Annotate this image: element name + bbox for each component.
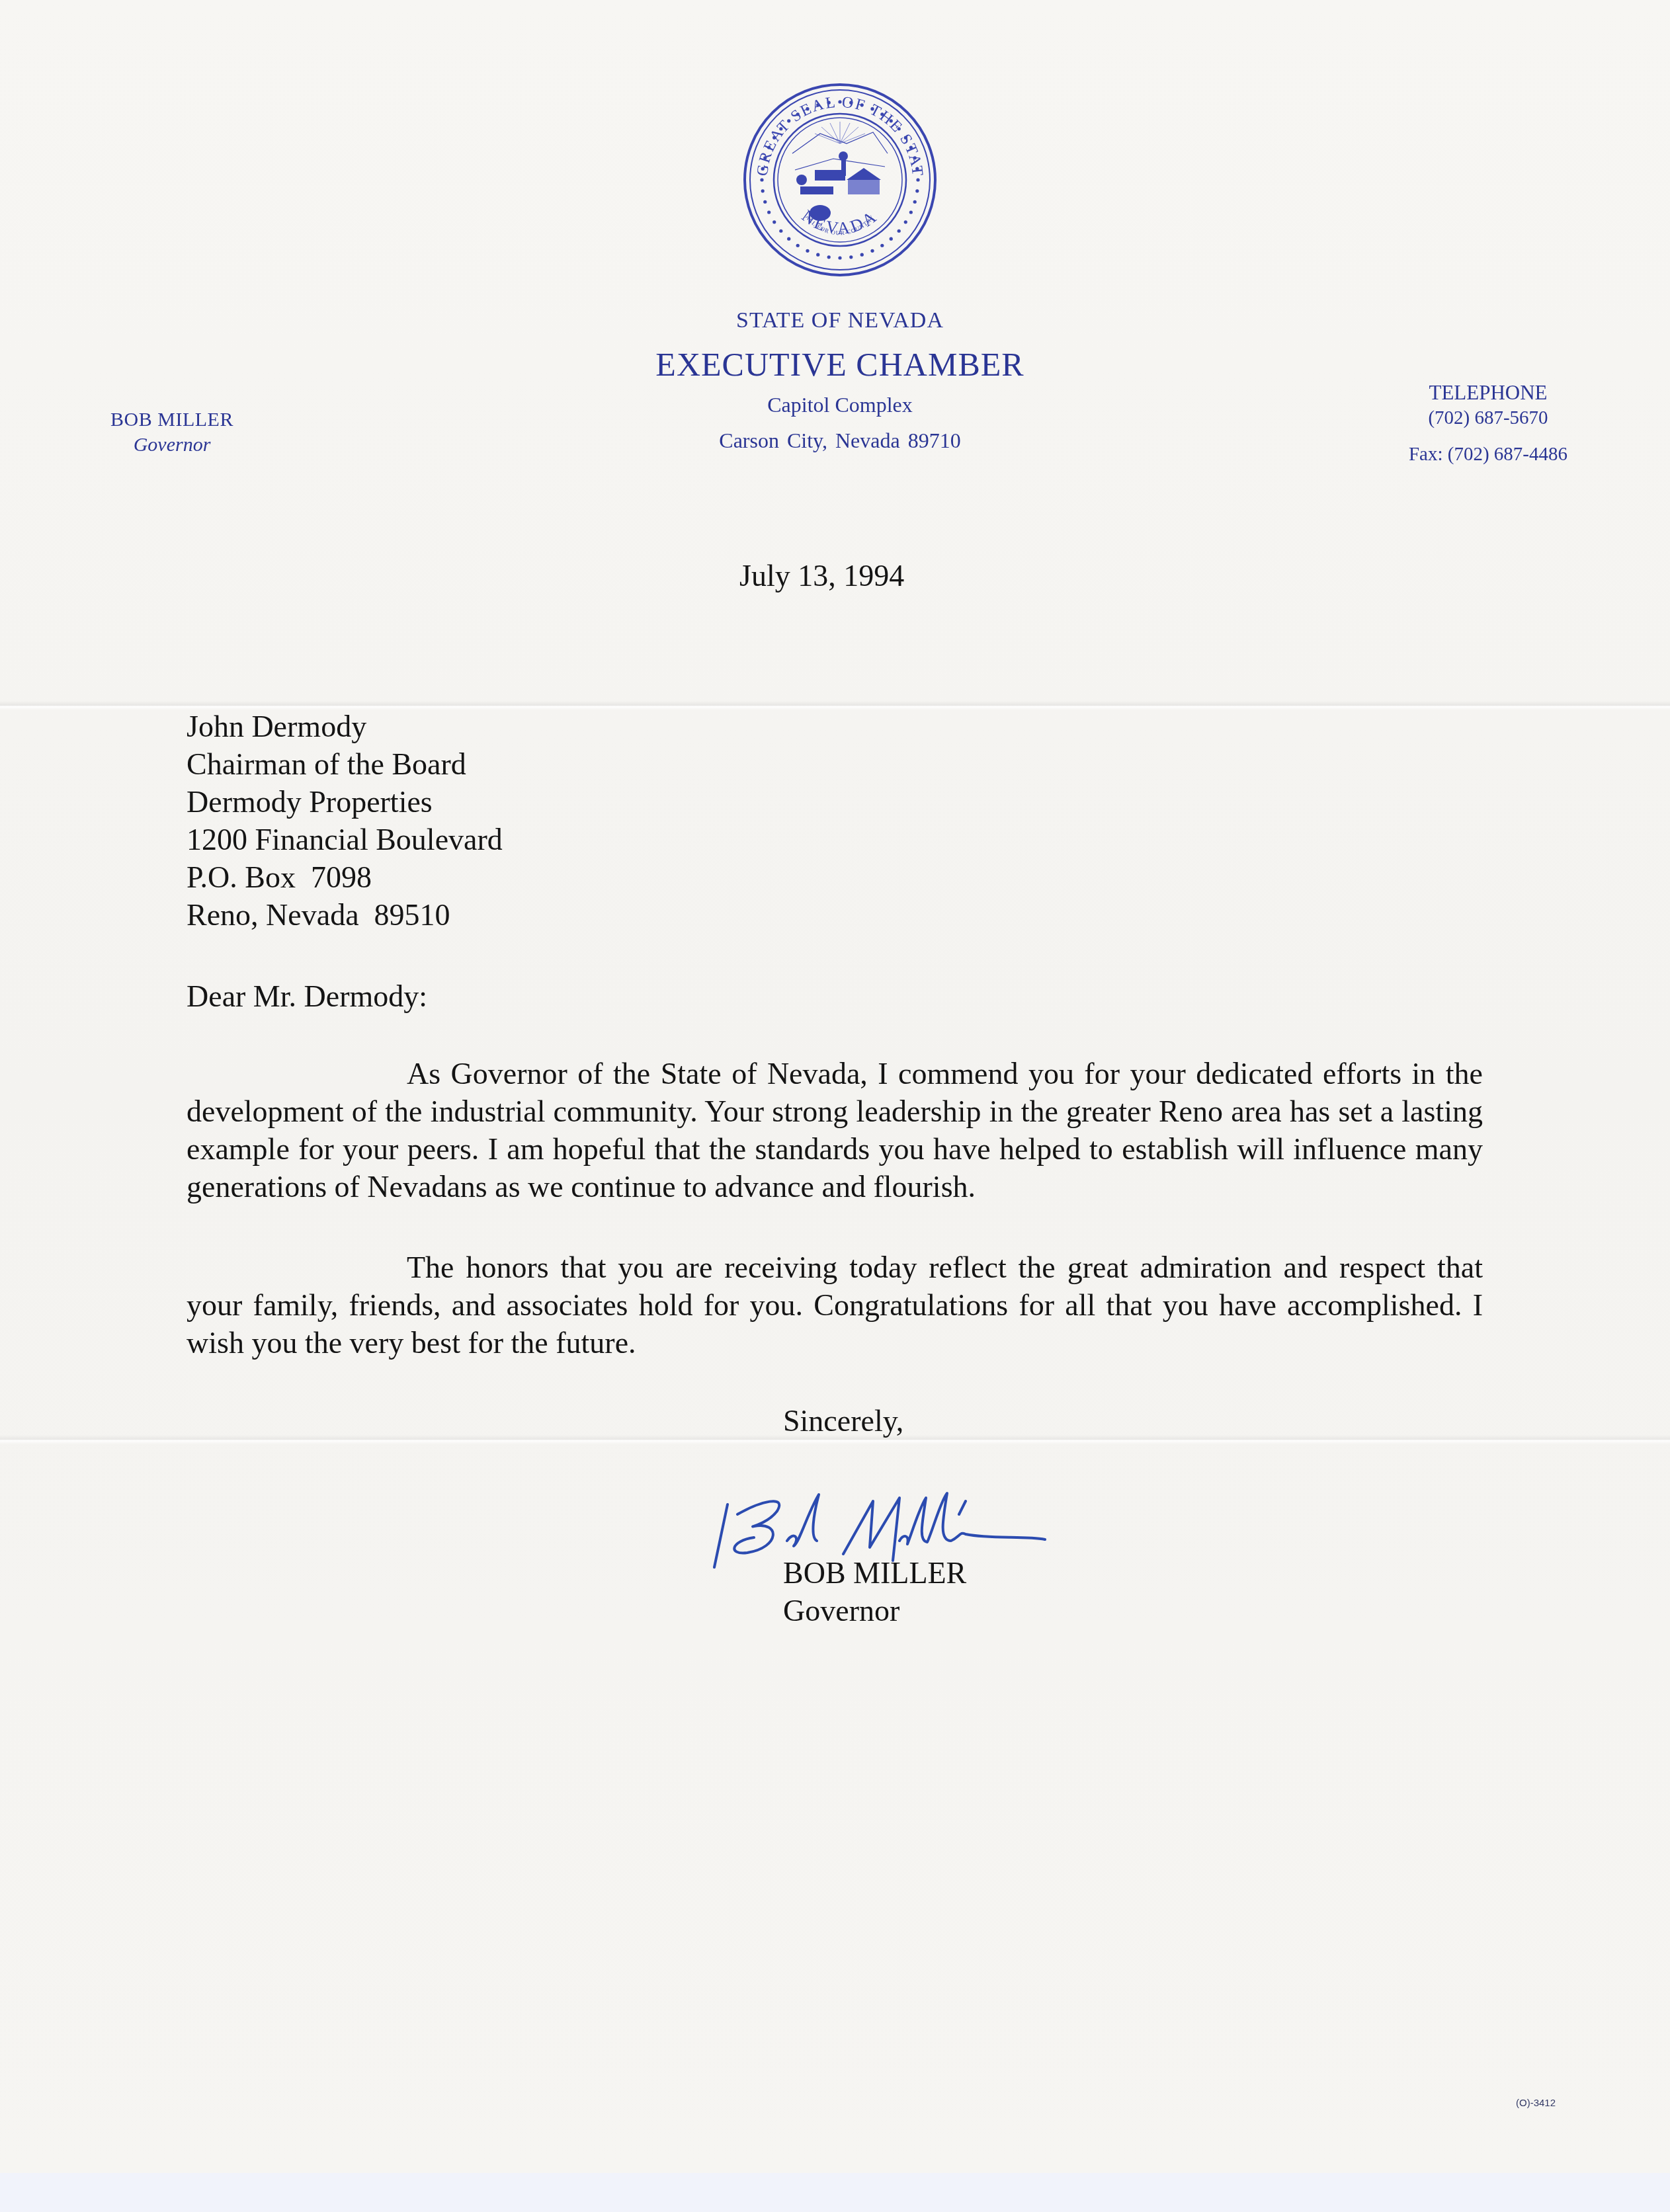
salutation: Dear Mr. Dermody: (187, 977, 427, 1015)
nevada-state-seal-icon: THE GREAT SEAL OF THE STATE OF NEVADA AL… (741, 81, 939, 279)
fax-number: Fax: (702) 687-4486 (1356, 444, 1620, 466)
recipient-line: Dermody Properties (187, 783, 503, 821)
letterhead-building: Capitol Complex (582, 393, 1098, 417)
signer-name: BOB MILLER (783, 1554, 966, 1592)
svg-text:THE GREAT SEAL OF THE STATE OF: THE GREAT SEAL OF THE STATE OF (741, 81, 926, 182)
closing: Sincerely, (783, 1402, 903, 1440)
letterhead-state: STATE OF NEVADA (582, 308, 1098, 333)
body-paragraph: As Governor of the State of Nevada, I co… (187, 1055, 1483, 1206)
body-paragraph: The honors that you are receiving today … (187, 1249, 1483, 1362)
letterhead-sender-title: Governor (73, 434, 271, 456)
signer-block: BOB MILLER Governor (783, 1554, 966, 1629)
signer-title: Governor (783, 1592, 966, 1629)
recipient-line: Reno, Nevada 89510 (187, 896, 503, 934)
telephone-number: (702) 687-5670 (1356, 407, 1620, 429)
letterhead-city-line: Carson City, Nevada 89710 (582, 429, 1098, 453)
letterhead-sender-name: BOB MILLER (73, 409, 271, 431)
recipient-line: 1200 Financial Boulevard (187, 821, 503, 858)
recipient-address: John Dermody Chairman of the Board Dermo… (187, 708, 503, 934)
form-number: (O)-3412 (1516, 2098, 1556, 2109)
letterhead-office: EXECUTIVE CHAMBER (582, 345, 1098, 384)
recipient-line: John Dermody (187, 708, 503, 745)
letterhead-contact: TELEPHONE (702) 687-5670 Fax: (702) 687-… (1356, 381, 1620, 466)
telephone-label: TELEPHONE (1356, 381, 1620, 405)
recipient-line: P.O. Box 7098 (187, 858, 503, 896)
recipient-line: Chairman of the Board (187, 745, 503, 783)
letterhead-sender: BOB MILLER Governor (73, 409, 271, 456)
letter-date: July 13, 1994 (739, 557, 904, 594)
letter-page: THE GREAT SEAL OF THE STATE OF NEVADA AL… (0, 0, 1670, 2173)
